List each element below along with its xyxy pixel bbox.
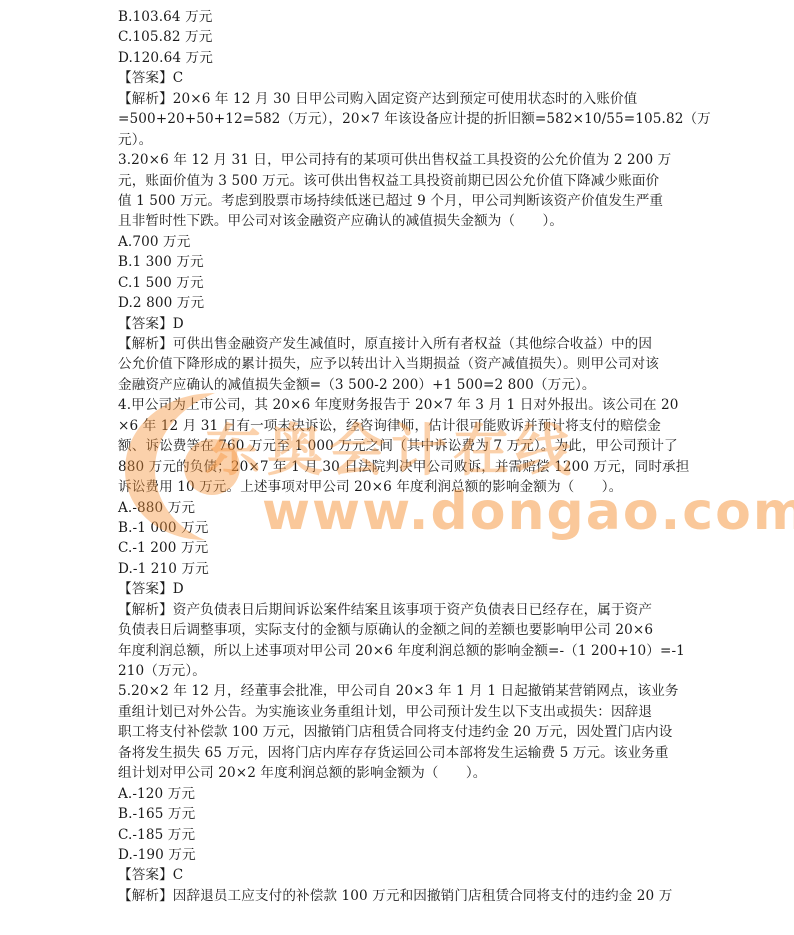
option-c: C.-185 万元: [118, 825, 678, 845]
analysis-line: 210（万元）。: [118, 661, 678, 681]
question-stem-line: 备将发生损失 65 万元，因将门店内库存存货运回公司本部将发生运输费 5 万元。…: [118, 743, 678, 763]
option-a: A.-120 万元: [118, 784, 678, 804]
analysis-line: 【解析】资产负债表日后期间诉讼案件结案且该事项于资产负债表日已经存在，属于资产: [118, 600, 678, 620]
question-3: 3.20×6 年 12 月 31 日，甲公司持有的某项可供出售权益工具投资的公允…: [118, 150, 678, 395]
question-stem-line: ×6 年 12 月 31 日有一项未决诉讼，经咨询律师，估计很可能败诉并预计将支…: [118, 416, 678, 436]
question-stem-line: 且非暂时性下跌。甲公司对该金融资产应确认的减值损失金额为（ ）。: [118, 211, 678, 231]
document-page: B.103.64 万元 C.105.82 万元 D.120.64 万元 【答案】…: [118, 7, 678, 906]
option-d: D.-1 210 万元: [118, 559, 678, 579]
analysis-line: 元）。: [118, 130, 678, 150]
analysis-line: 【解析】可供出售金融资产发生减值时，原直接计入所有者权益（其他综合收益）中的因: [118, 334, 678, 354]
question-stem-line: 额、诉讼费等在 760 万元至 1 000 万元之间（其中诉讼费为 7 万元）。…: [118, 436, 678, 456]
option-c: C.1 500 万元: [118, 273, 678, 293]
analysis-line: 【解析】因辞退员工应支付的补偿款 100 万元和因撤销门店租赁合同将支付的违约金…: [118, 886, 678, 906]
analysis-line: 年度利润总额，所以上述事项对甲公司 20×6 年度利润总额的影响金额=-（1 2…: [118, 641, 678, 661]
question-stem-line: 职工将支付补偿款 100 万元，因撤销门店租赁合同将支付违约金 20 万元，因处…: [118, 722, 678, 742]
answer-label: 【答案】C: [118, 68, 678, 88]
analysis-line: 【解析】20×6 年 12 月 30 日甲公司购入固定资产达到预定可使用状态时的…: [118, 89, 678, 109]
question-4: 4.甲公司为上市公司，其 20×6 年度财务报告于 20×7 年 3 月 1 日…: [118, 395, 678, 681]
question-5: 5.20×2 年 12 月，经董事会批准，甲公司自 20×3 年 1 月 1 日…: [118, 681, 678, 906]
question-stem-line: 元，账面价值为 3 500 万元。该可供出售权益工具投资前期已因公允价值下降减少…: [118, 171, 678, 191]
answer-label: 【答案】D: [118, 314, 678, 334]
analysis-line: 金融资产应确认的减值损失金额=（3 500-2 200）+1 500=2 800…: [118, 375, 678, 395]
question-2-tail: B.103.64 万元 C.105.82 万元 D.120.64 万元 【答案】…: [118, 7, 678, 150]
question-stem-line: 诉讼费用 10 万元。上述事项对甲公司 20×6 年度利润总额的影响金额为（ ）…: [118, 477, 678, 497]
analysis-line: 负债表日后调整事项，实际支付的金额与原确认的金额之间的差额也要影响甲公司 20×…: [118, 620, 678, 640]
question-stem-line: 值 1 500 万元。考虑到股票市场持续低迷已超过 9 个月，甲公司判断该资产价…: [118, 191, 678, 211]
option-a: A.700 万元: [118, 232, 678, 252]
answer-label: 【答案】D: [118, 579, 678, 599]
option-a: A.-880 万元: [118, 498, 678, 518]
option-d: D.2 800 万元: [118, 293, 678, 313]
question-stem-line: 5.20×2 年 12 月，经董事会批准，甲公司自 20×3 年 1 月 1 日…: [118, 681, 678, 701]
analysis-line: 公允价值下降形成的累计损失，应予以转出计入当期损益（资产减值损失）。则甲公司对该: [118, 354, 678, 374]
option-b: B.-165 万元: [118, 804, 678, 824]
question-stem-line: 3.20×6 年 12 月 31 日，甲公司持有的某项可供出售权益工具投资的公允…: [118, 150, 678, 170]
answer-label: 【答案】C: [118, 865, 678, 885]
option-d: D.120.64 万元: [118, 48, 678, 68]
option-b: B.1 300 万元: [118, 252, 678, 272]
option-c: C.-1 200 万元: [118, 538, 678, 558]
option-d: D.-190 万元: [118, 845, 678, 865]
option-b: B.-1 000 万元: [118, 518, 678, 538]
question-stem-line: 4.甲公司为上市公司，其 20×6 年度财务报告于 20×7 年 3 月 1 日…: [118, 395, 678, 415]
question-stem-line: 重组计划已对外公告。为实施该业务重组计划，甲公司预计发生以下支出或损失：因辞退: [118, 702, 678, 722]
option-c: C.105.82 万元: [118, 27, 678, 47]
question-stem-line: 880 万元的负债；20×7 年 1 月 30 日法院判决甲公司败诉，并需赔偿 …: [118, 457, 678, 477]
question-stem-line: 组计划对甲公司 20×2 年度利润总额的影响金额为（ ）。: [118, 763, 678, 783]
analysis-line: =500+20+50+12=582（万元），20×7 年该设备应计提的折旧额=5…: [118, 109, 678, 129]
option-b: B.103.64 万元: [118, 7, 678, 27]
